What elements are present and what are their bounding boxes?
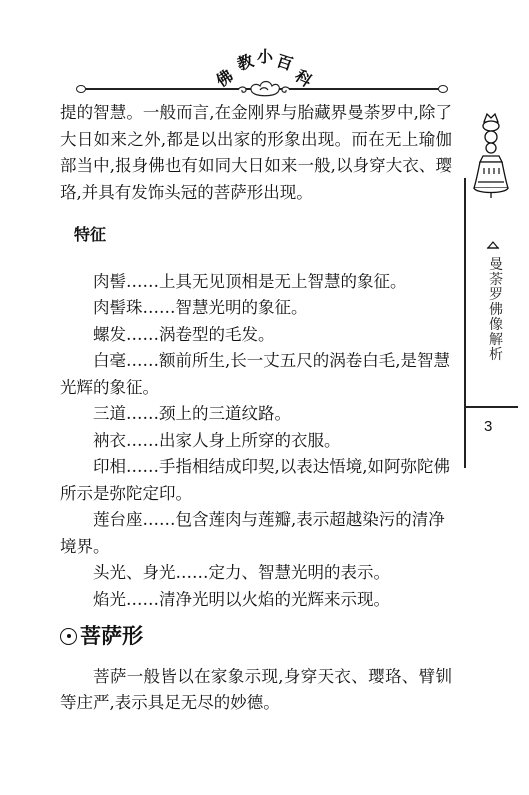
small-ornament-icon bbox=[486, 240, 500, 250]
feature-item: 螺发……涡卷型的毛发。 bbox=[60, 322, 452, 349]
sidebar-horizontal-rule bbox=[464, 406, 518, 408]
feature-item: 印相……手指相结成印契,以表达悟境,如阿弥陀佛所示是弥陀定印。 bbox=[60, 454, 452, 507]
chapter-title-char: 析 bbox=[487, 348, 505, 363]
feature-item: 肉髻珠……智慧光明的象征。 bbox=[60, 295, 452, 322]
chapter-title-vertical: 曼 荼 罗 佛 像 解 析 bbox=[487, 258, 505, 363]
section-heading: 菩萨形 bbox=[60, 623, 452, 650]
series-title-char: 百 bbox=[274, 48, 296, 75]
feature-item: 头光、身光……定力、智慧光明的表示。 bbox=[60, 560, 452, 587]
series-title-char: 小 bbox=[257, 44, 273, 67]
feature-item: 衲衣……出家人身上所穿的衣服。 bbox=[60, 428, 452, 455]
series-title-char: 教 bbox=[234, 48, 256, 75]
chapter-title-char: 荼 bbox=[487, 273, 505, 288]
chapter-title-char: 佛 bbox=[487, 303, 505, 318]
chapter-title-char: 解 bbox=[487, 333, 505, 348]
page-header: 佛 教 小 百 科 bbox=[0, 0, 529, 100]
feature-item: 莲台座……包含莲肉与莲瓣,表示超越染污的清净境界。 bbox=[60, 507, 452, 560]
bell-icon bbox=[470, 112, 512, 202]
section-paragraph: 菩萨一般皆以在家象示现,身穿天衣、璎珞、臂钏等庄严,表示具足无尽的妙德。 bbox=[60, 664, 452, 717]
features-heading: 特征 bbox=[74, 222, 452, 249]
cloud-ornament-icon bbox=[234, 78, 294, 98]
rule-end-ornament-right bbox=[438, 85, 448, 93]
circle-dot-icon bbox=[60, 628, 77, 645]
sidebar-vertical-rule bbox=[464, 178, 466, 468]
feature-item: 三道……颈上的三道纹路。 bbox=[60, 401, 452, 428]
feature-item: 白毫……额前所生,长一丈五尺的涡卷白毛,是智慧光辉的象征。 bbox=[60, 348, 452, 401]
feature-item: 肉髻……上具无见顶相是无上智慧的象征。 bbox=[60, 269, 452, 296]
chapter-title-char: 像 bbox=[487, 318, 505, 333]
page-number: 3 bbox=[484, 418, 492, 435]
chapter-title-char: 罗 bbox=[487, 288, 505, 303]
rule-end-ornament-left bbox=[76, 85, 86, 93]
intro-paragraph: 提的智慧。一般而言,在金刚界与胎藏界曼荼罗中,除了大日如来之外,都是以出家的形象… bbox=[60, 100, 452, 206]
section-heading-text: 菩萨形 bbox=[80, 623, 143, 650]
chapter-title-char: 曼 bbox=[487, 258, 505, 273]
feature-item: 焰光……清净光明以火焰的光辉来示现。 bbox=[60, 587, 452, 614]
page-body: 提的智慧。一般而言,在金刚界与胎藏界曼荼罗中,除了大日如来之外,都是以出家的形象… bbox=[60, 100, 452, 717]
